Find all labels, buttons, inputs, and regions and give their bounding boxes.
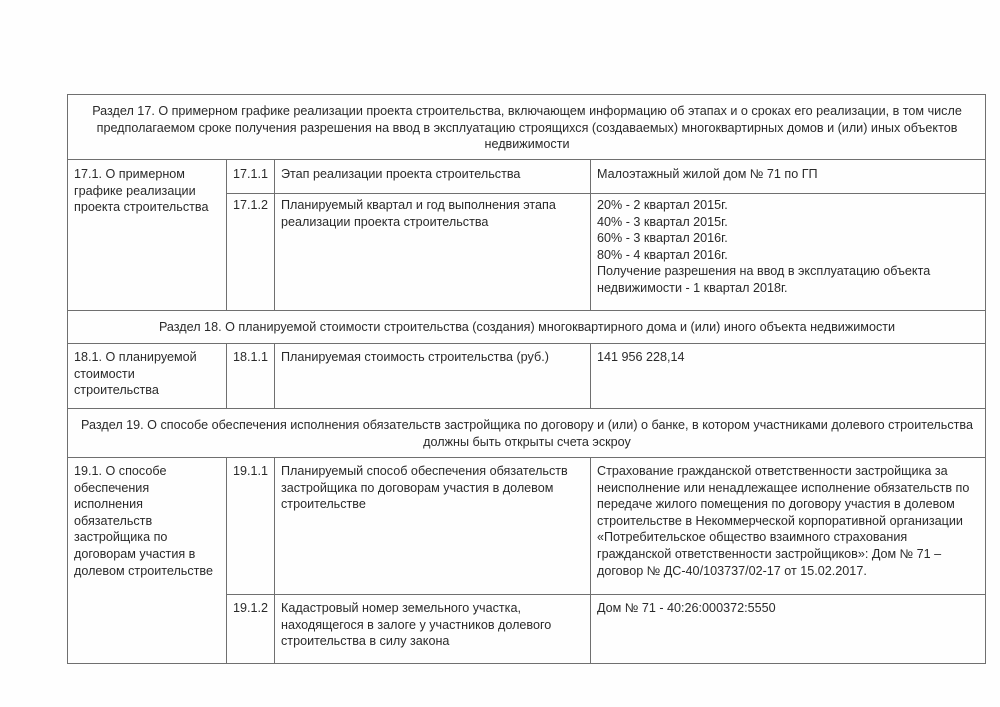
table-row: 18.1. О планируемой стоимости строительс… <box>68 344 986 409</box>
schedule-line: 80% - 4 квартал 2016г. <box>597 247 980 264</box>
table-row: 17.1. О примерном графике реализации про… <box>68 160 986 194</box>
schedule-line: 60% - 3 квартал 2016г. <box>597 230 980 247</box>
row-value: Дом № 71 - 40:26:000372:5550 <box>591 595 986 664</box>
scanned-page: Раздел 17. О примерном графике реализаци… <box>0 0 1000 707</box>
cadastral-number-value: Дом № 71 - 40:26:000372:5550 <box>597 600 980 617</box>
section-17-header-row: Раздел 17. О примерном графике реализаци… <box>68 95 986 160</box>
row-code: 17.1.1 <box>227 160 275 194</box>
section-18-header: Раздел 18. О планируемой стоимости строи… <box>68 311 986 344</box>
value-line: Малоэтажный жилой дом № 71 по ГП <box>597 166 980 183</box>
table-row: 19.1. О способе обеспечения исполнения о… <box>68 458 986 595</box>
row-value: 141 956 228,14 <box>591 344 986 409</box>
section-19-group-label: 19.1. О способе обеспечения исполнения о… <box>68 458 227 664</box>
row-value: Малоэтажный жилой дом № 71 по ГП <box>591 160 986 194</box>
planned-cost-value: 141 956 228,14 <box>597 349 980 366</box>
row-label: Планируемый квартал и год выполнения эта… <box>275 194 591 311</box>
row-label: Кадастровый номер земельного участка, на… <box>275 595 591 664</box>
row-label: Этап реализации проекта строительства <box>275 160 591 194</box>
row-code: 19.1.2 <box>227 595 275 664</box>
section-19-header-row: Раздел 19. О способе обеспечения исполне… <box>68 409 986 458</box>
schedule-line: 40% - 3 квартал 2015г. <box>597 214 980 231</box>
section-17-header: Раздел 17. О примерном графике реализаци… <box>68 95 986 160</box>
row-value: 20% - 2 квартал 2015г. 40% - 3 квартал 2… <box>591 194 986 311</box>
row-label: Планируемый способ обеспечения обязатель… <box>275 458 591 595</box>
schedule-line: 20% - 2 квартал 2015г. <box>597 197 980 214</box>
insurance-value: Страхование гражданской ответственности … <box>597 463 980 579</box>
row-code: 19.1.1 <box>227 458 275 595</box>
row-code: 18.1.1 <box>227 344 275 409</box>
section-18-group-label: 18.1. О планируемой стоимости строительс… <box>68 344 227 409</box>
row-code: 17.1.2 <box>227 194 275 311</box>
permit-line: Получение разрешения на ввод в эксплуата… <box>597 263 980 296</box>
section-19-header: Раздел 19. О способе обеспечения исполне… <box>68 409 986 458</box>
row-value: Страхование гражданской ответственности … <box>591 458 986 595</box>
section-17-group-label: 17.1. О примерном графике реализации про… <box>68 160 227 311</box>
project-declaration-table: Раздел 17. О примерном графике реализаци… <box>67 94 986 664</box>
section-18-header-row: Раздел 18. О планируемой стоимости строи… <box>68 311 986 344</box>
row-label: Планируемая стоимость строительства (руб… <box>275 344 591 409</box>
